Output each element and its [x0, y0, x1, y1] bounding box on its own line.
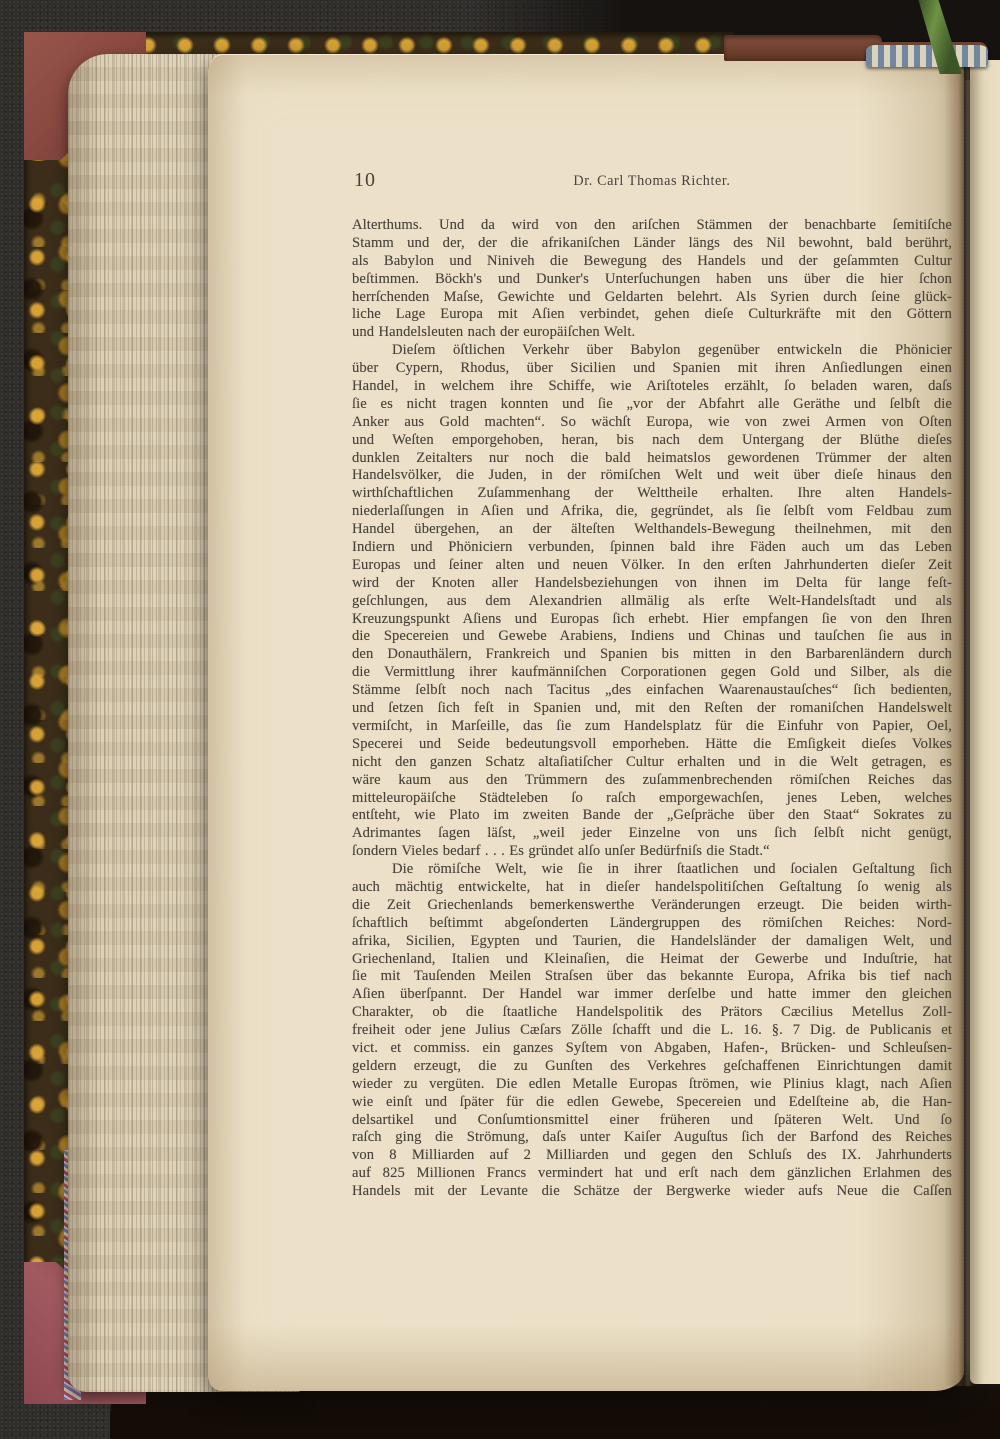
text-line: die Specereien und Gewebe Arabiens, Indi… [352, 628, 952, 646]
text-line: die Zeit Griechenlands bemerkenswerthe V… [352, 897, 952, 915]
text-line: wie einſt und ſpäter für die edlen Geweb… [352, 1094, 952, 1112]
text-line: ſchaftlich beſtimmt abgeſonderten Länder… [352, 915, 952, 933]
text-line: raſch ging die Strömung, daſs unter Kaiſ… [352, 1129, 952, 1147]
text-line: Europas und ſeiner alten und neuen Völke… [352, 557, 952, 575]
text-line: freiheit oder jene Julius Cæſars Zölle ſ… [352, 1022, 952, 1040]
text-line: Dieſem öſtlichen Verkehr über Babylon ge… [352, 342, 952, 360]
paragraph: Die römiſche Welt, wie ſie in ihrer ſtaa… [352, 861, 952, 1201]
text-line: den Donauthälern, Frankreich und Spanien… [352, 646, 952, 664]
text-line: und ſetzen ſich feſt in Spanien und, mit… [352, 700, 952, 718]
text-line: ſie es nicht tragen konnten und ſie „vor… [352, 396, 952, 414]
facing-page-sliver [970, 60, 1000, 1384]
text-line: Handels mit der Levante die Schätze der … [352, 1183, 952, 1201]
text-line: wäre kaum aus den Trümmern des zuſammenb… [352, 772, 952, 790]
text-line: geſchlungen, aus dem Alexandrien allmäli… [352, 593, 952, 611]
text-line: geldern erzeugt, die zu Gunſten des Verk… [352, 1058, 952, 1076]
text-line: ſondern Vieles bedarf . . . Es gründet a… [352, 843, 952, 861]
text-line: Charakter, ob die ſtaatliche Handelspoli… [352, 1004, 952, 1022]
text-column: 10 Dr. Carl Thomas Richter. Alterthums. … [352, 169, 952, 1201]
text-line: Specerei und Seide bedeutungsvoll emporh… [352, 736, 952, 754]
text-line: Kreuzungspunkt Aſiens und Europas ſich e… [352, 611, 952, 629]
page-header-row: 10 Dr. Carl Thomas Richter. [352, 169, 952, 217]
text-line: Die römiſche Welt, wie ſie in ihrer ſtaa… [352, 861, 952, 879]
text-line: entſteht, wie Plato im zweiten Bande der… [352, 807, 952, 825]
text-line: auf 825 Millionen Francs vermindert hat … [352, 1165, 952, 1183]
spine-leather-top [724, 35, 882, 61]
text-line: mitteleuropäiſche Städteleben ſo raſch e… [352, 790, 952, 808]
paragraph: Alterthums. Und da wird von den ariſchen… [352, 217, 952, 342]
text-line: Adrimantes ſagen läſst, „weil jeder Einz… [352, 825, 952, 843]
text-line: vict. et commiss. ein ganzes Syſtem von … [352, 1040, 952, 1058]
text-line: liche Lage Europa mit Aſien verbindet, g… [352, 306, 952, 324]
text-line: afrika, Sicilien, Egypten und Taurien, d… [352, 933, 952, 951]
text-line: die Vermittlung ihrer kaufmänniſchen Cor… [352, 664, 952, 682]
text-line: Handel, in welchem ihre Schiffe, wie Ari… [352, 378, 952, 396]
text-line: wird der Knoten aller Handelsbeziehungen… [352, 575, 952, 593]
text-line: vermiſcht, in Marſeille, das ſie zum Han… [352, 718, 952, 736]
text-line: wirthſchaftlichen Zuſammenhang der Weltt… [352, 485, 952, 503]
text-line: auch mächtig entwickelte, hat in dieſer … [352, 879, 952, 897]
text-line: delsartikel und Conſumtionsmittel einer … [352, 1112, 952, 1130]
text-line: Griechenland, Italien und Kleinaſien, di… [352, 951, 952, 969]
text-line: Handelsvölker, die Juden, in der römiſch… [352, 467, 952, 485]
text-line: nicht den ganzen Schatz altaſiatiſcher C… [352, 754, 952, 772]
text-line: beſtimmen. Böckh's und Dunker's Unterſuc… [352, 271, 952, 289]
text-line: und Weſten emporgehoben, heran, bis nach… [352, 432, 952, 450]
text-line: Handel übergehen, an der älteſten Weltha… [352, 521, 952, 539]
running-header: Dr. Carl Thomas Richter. [352, 173, 952, 190]
paragraph: Dieſem öſtlichen Verkehr über Babylon ge… [352, 342, 952, 861]
text-line: Stamm und der, der die afrikaniſchen Län… [352, 235, 952, 253]
text-line: ſie mit Tauſenden Meilen Straſsen über d… [352, 968, 952, 986]
text-line: herrſchenden Maſse, Gewichte und Geldart… [352, 289, 952, 307]
text-line: als Babylon und Niniveh die Bewegung des… [352, 253, 952, 271]
text-line: Indiern und Phöniciern verbunden, ſpinne… [352, 539, 952, 557]
headband [866, 42, 988, 67]
book-photo-scene: 10 Dr. Carl Thomas Richter. Alterthums. … [0, 0, 1000, 1439]
text-line: Stämme ſelbſt noch nach Tacitus „des ein… [352, 682, 952, 700]
text-line: dunklen Zeitalters nur noch die bald hei… [352, 450, 952, 468]
text-line: wieder zu vergüten. Die edlen Metalle Eu… [352, 1076, 952, 1094]
book-page: 10 Dr. Carl Thomas Richter. Alterthums. … [208, 54, 964, 1391]
text-line: und Handelsleuten nach der europäiſchen … [352, 324, 952, 342]
gutter-crease [944, 56, 974, 1386]
text-line: Alterthums. Und da wird von den ariſchen… [352, 217, 952, 235]
text-line: über Cypern, Rhodus, über Sicilien und S… [352, 360, 952, 378]
text-line: Aſien überſpannt. Der Handel war immer d… [352, 986, 952, 1004]
text-line: niederlaſſungen in Aſien und Afrika, die… [352, 503, 952, 521]
page-body-text: Alterthums. Und da wird von den ariſchen… [352, 217, 952, 1201]
text-line: von 8 Milliarden auf 2 Milliarden und ge… [352, 1147, 952, 1165]
text-line: Anker aus Gold machten“. So wächſt Europ… [352, 414, 952, 432]
